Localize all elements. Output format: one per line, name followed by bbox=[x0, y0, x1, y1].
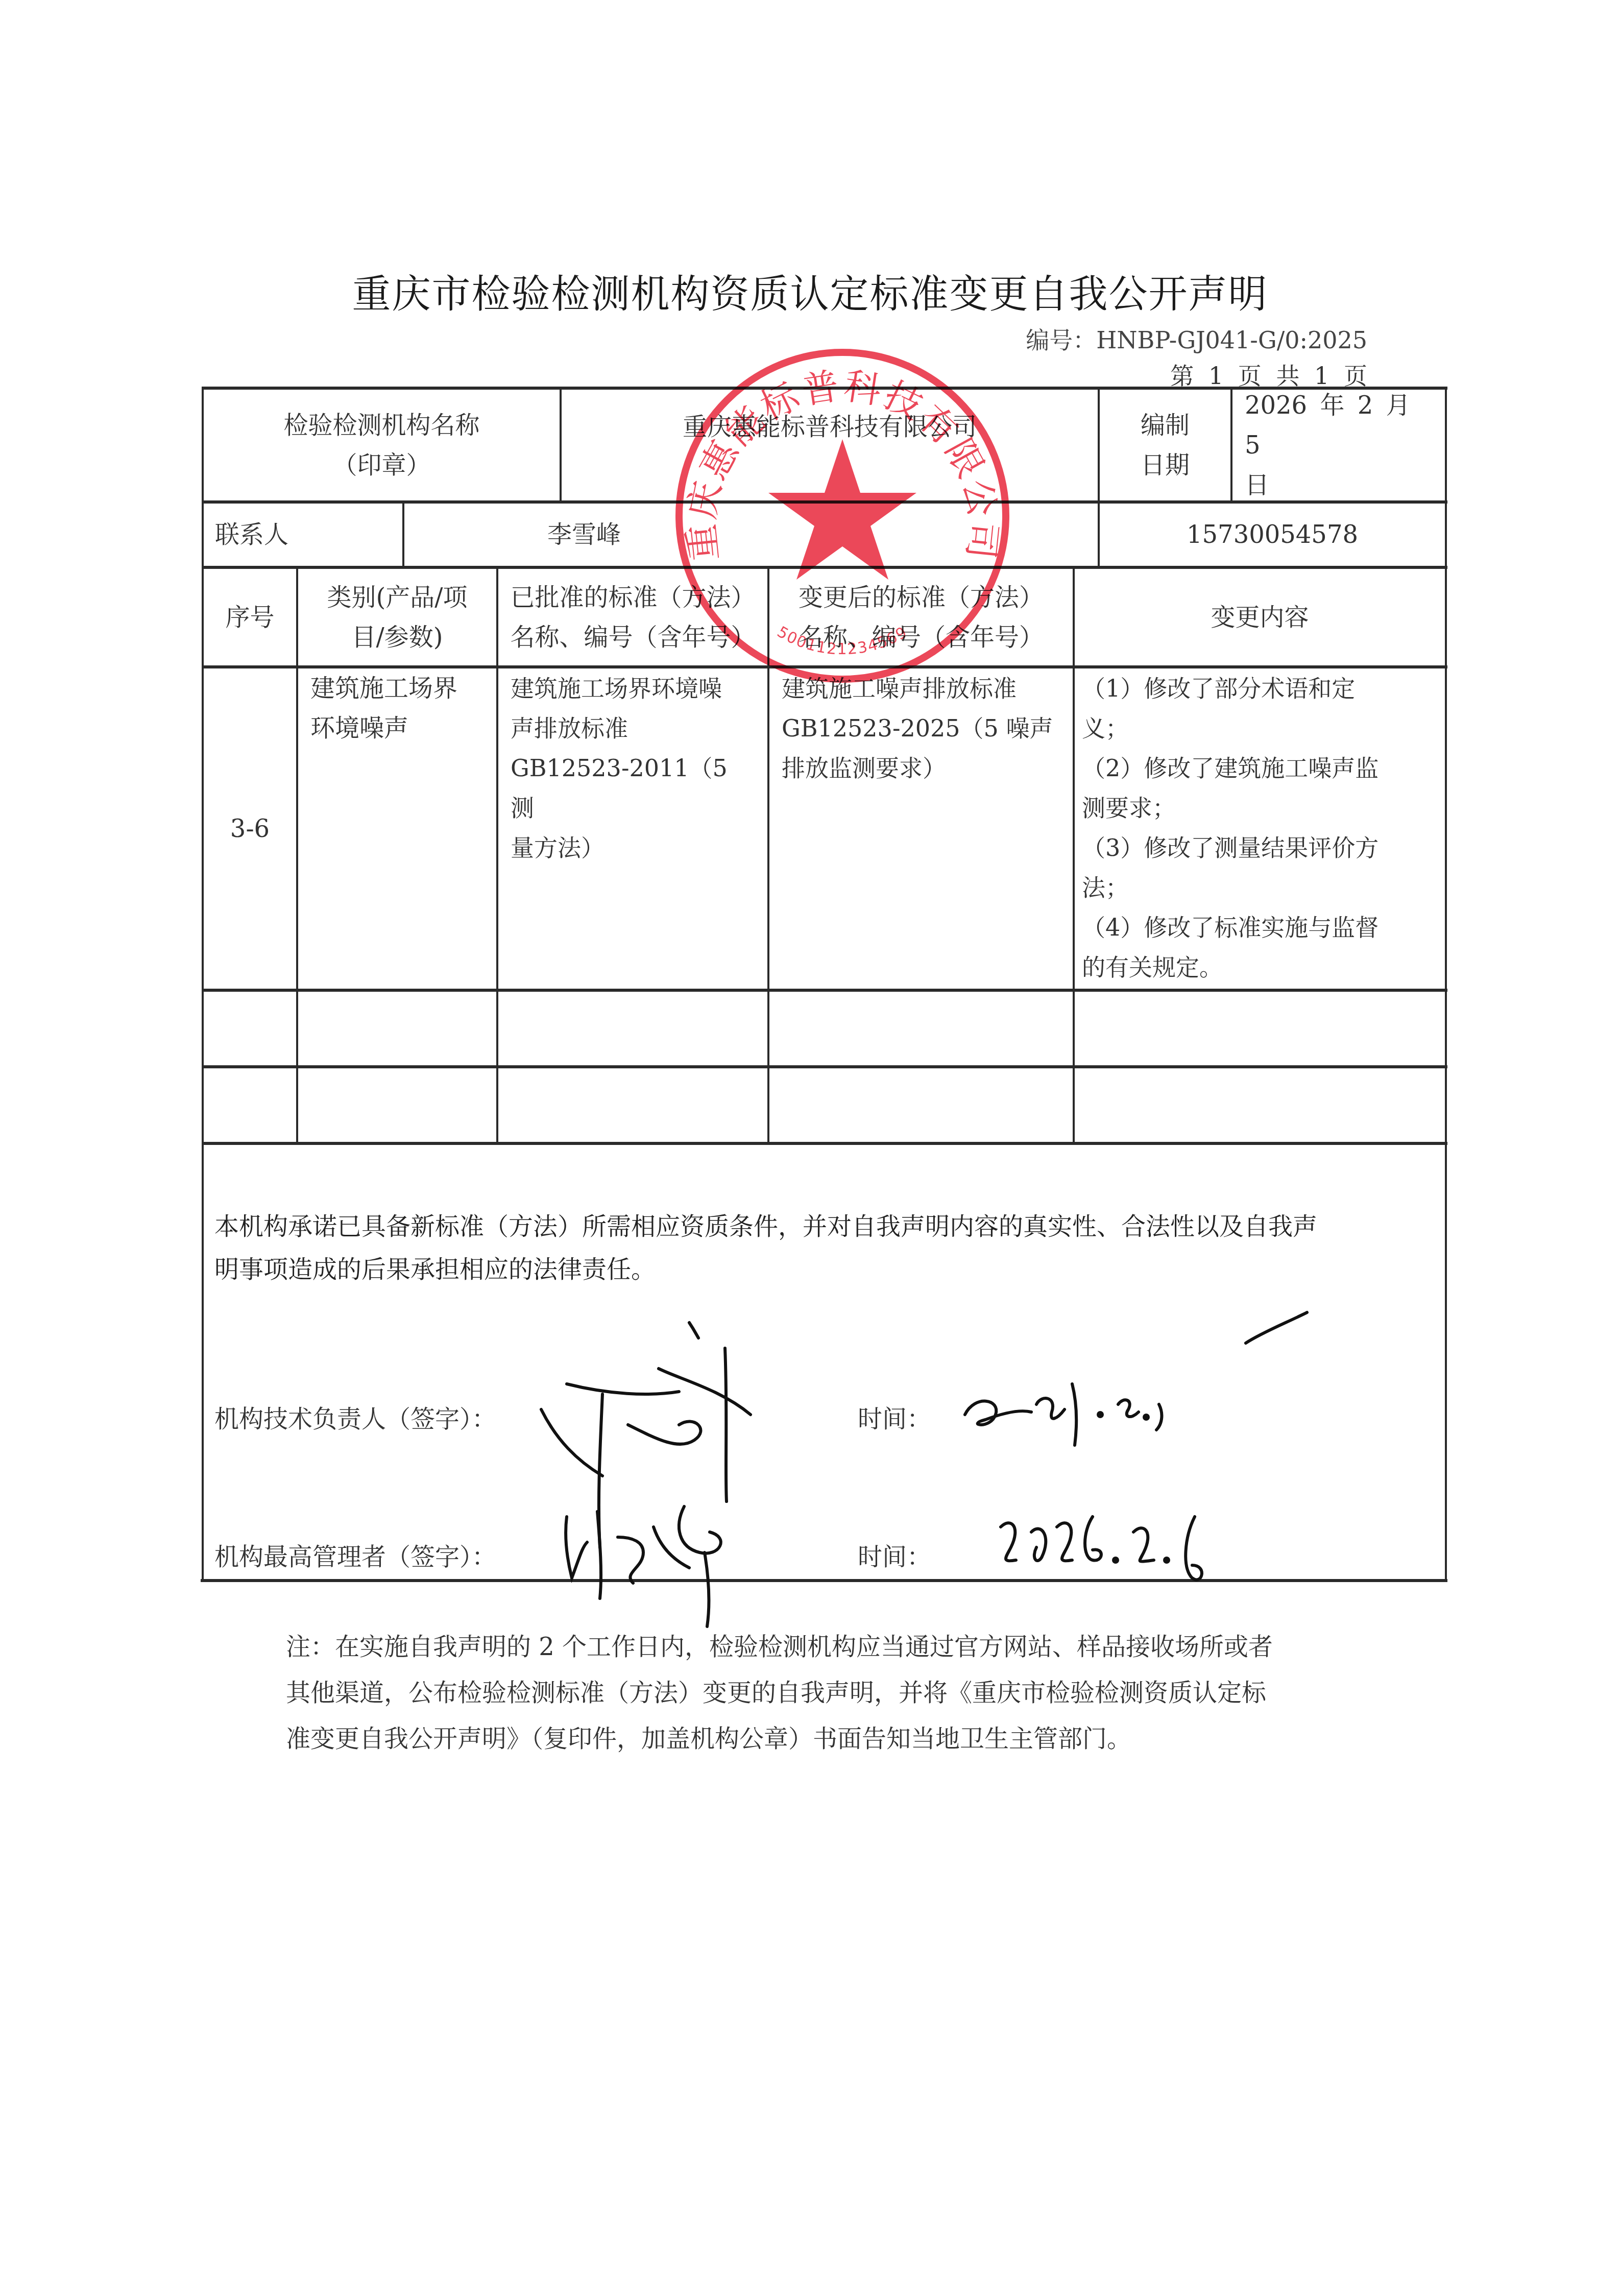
tech-lead-date-handwriting bbox=[955, 1302, 1312, 1455]
date-label-2: 日期 bbox=[1141, 445, 1190, 485]
org-label-sub: （印章） bbox=[332, 445, 430, 485]
footnote-line3: 准变更自我公开声明》（复印件，加盖机构公章）书面告知当地卫生主管部门。 bbox=[286, 1716, 1389, 1762]
company-seal-stamp: 重庆惠能标普科技有限公司 5001121234569 bbox=[664, 337, 1021, 695]
org-label: 检验检测机构名称 bbox=[283, 405, 479, 445]
header-category: 类别(产品/项 目/参数) bbox=[298, 569, 496, 665]
top-manager-signature bbox=[557, 1496, 802, 1629]
header-category-line2: 目/参数) bbox=[352, 617, 443, 657]
header-seq: 序号 bbox=[204, 569, 296, 665]
row-changed-line2: GB12523-2025（5 噪声 bbox=[782, 708, 1053, 748]
content-item-3: （3）修改了测量结果评价方 bbox=[1082, 828, 1379, 868]
content-item-2-cont: 测要求； bbox=[1082, 788, 1176, 828]
footnote-line1: 注：在实施自我声明的 2 个工作日内，检验检测机构应当通过官方网站、样品接收场所… bbox=[286, 1624, 1389, 1670]
tech-lead-label: 机构技术负责人（签字）： bbox=[214, 1399, 496, 1434]
statement-line1: 本机构承诺已具备新标准（方法）所需相应资质条件，并对自我声明内容的真实性、合法性… bbox=[214, 1205, 1440, 1248]
top-manager-time-label: 时间： bbox=[858, 1537, 931, 1572]
declaration-statement: 本机构承诺已具备新标准（方法）所需相应资质条件，并对自我声明内容的真实性、合法性… bbox=[214, 1205, 1440, 1291]
svg-text:5001121234569: 5001121234569 bbox=[774, 623, 911, 658]
footnote-line2: 其他渠道，公布检验检测标准（方法）变更的自我声明，并将《重庆市检验检测资质认定标 bbox=[286, 1670, 1389, 1716]
content-item-4: （4）修改了标准实施与监督 bbox=[1082, 907, 1379, 947]
top-manager-date-handwriting bbox=[990, 1506, 1236, 1598]
row-approved-line2: 声排放标准 bbox=[511, 708, 628, 748]
statement-line2: 明事项造成的后果承担相应的法律责任。 bbox=[214, 1248, 1440, 1291]
row-category-line1: 建筑施工场界 bbox=[310, 668, 457, 708]
star-icon bbox=[768, 439, 916, 580]
contact-phone: 15730054578 bbox=[1100, 504, 1445, 566]
tech-lead-time-label: 时间： bbox=[858, 1399, 931, 1434]
date-value-1: 2026 年 2 月 5 bbox=[1245, 386, 1433, 465]
content-item-4-cont: 的有关规定。 bbox=[1082, 947, 1223, 987]
header-content: 变更内容 bbox=[1075, 569, 1445, 665]
row-approved: 建筑施工场界环境噪 声排放标准 GB12523-2011（5 测 量方法） bbox=[498, 668, 767, 989]
document-title: 重庆市检验检测机构资质认定标准变更自我公开声明 bbox=[0, 263, 1620, 319]
row-approved-line4: 量方法） bbox=[511, 828, 605, 868]
org-label-cell: 检验检测机构名称 （印章） bbox=[204, 390, 560, 500]
footnote: 注：在实施自我声明的 2 个工作日内，检验检测机构应当通过官方网站、样品接收场所… bbox=[286, 1624, 1389, 1762]
date-label-1: 编制 bbox=[1141, 405, 1190, 445]
row-seq: 3-6 bbox=[204, 668, 296, 989]
header-category-line1: 类别(产品/项 bbox=[327, 578, 468, 617]
contact-label: 联系人 bbox=[204, 504, 402, 566]
document-number: 编号：HNBP-GJ041-G/0:2025 bbox=[1026, 322, 1367, 355]
row-content: （1）修改了部分术语和定 义； （2）修改了建筑施工噪声监 测要求； （3）修改… bbox=[1075, 668, 1445, 989]
date-value-cell: 2026 年 2 月 5 日 bbox=[1232, 390, 1445, 500]
row-approved-line3: GB12523-2011（5 测 bbox=[511, 748, 755, 828]
top-manager-label: 机构最高管理者（签字）： bbox=[214, 1537, 496, 1572]
content-item-1-cont: 义； bbox=[1082, 708, 1129, 748]
date-value-2: 日 bbox=[1245, 465, 1269, 505]
row-category: 建筑施工场界 环境噪声 bbox=[298, 668, 496, 989]
row-category-line2: 环境噪声 bbox=[310, 708, 408, 748]
date-label-cell: 编制 日期 bbox=[1100, 390, 1230, 500]
row-changed: 建筑施工噪声排放标准 GB12523-2025（5 噪声 排放监测要求） bbox=[769, 668, 1073, 989]
stamp-code-text: 5001121234569 bbox=[774, 623, 911, 658]
content-item-3-cont: 法； bbox=[1082, 868, 1129, 907]
content-item-1: （1）修改了部分术语和定 bbox=[1082, 668, 1355, 708]
content-item-2: （2）修改了建筑施工噪声监 bbox=[1082, 748, 1379, 788]
row-changed-line3: 排放监测要求） bbox=[782, 748, 946, 788]
